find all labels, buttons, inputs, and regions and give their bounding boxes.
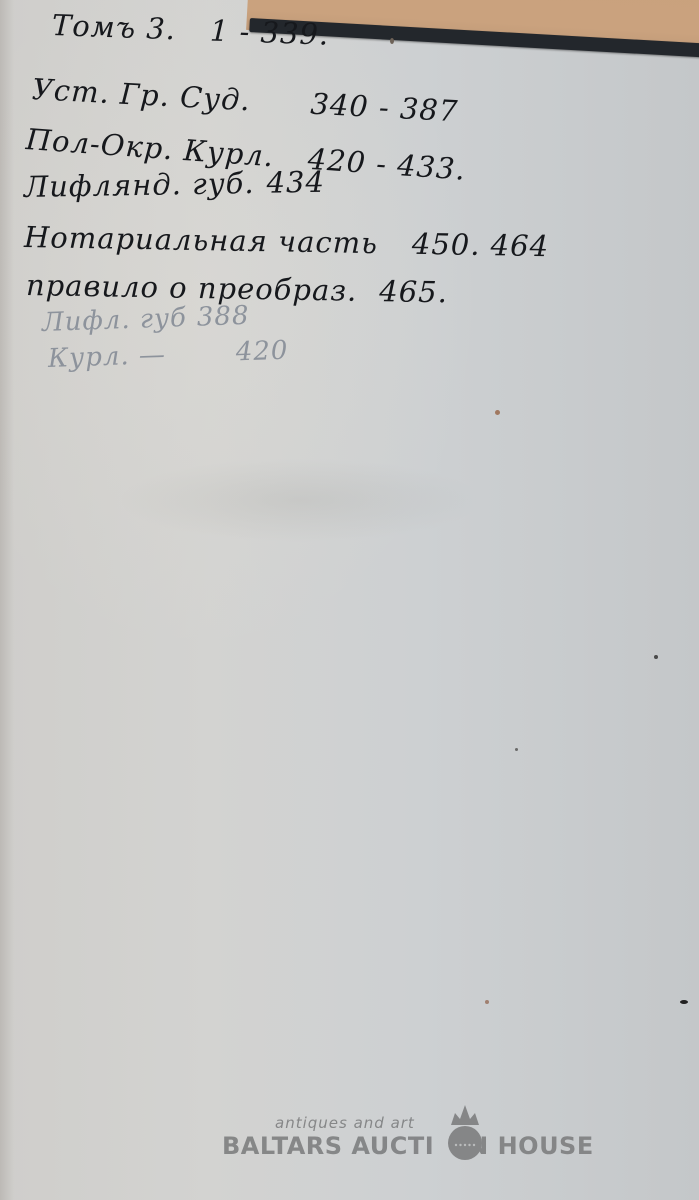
- paper-speck: [390, 38, 394, 44]
- ink-note-2: Уст. Гр. Суд.340 - 387: [31, 72, 459, 128]
- note-pages: 450. 464: [412, 227, 550, 263]
- note-text: Лифлянд. губ.: [24, 166, 255, 204]
- crown-ball-icon: [447, 1103, 483, 1165]
- paper-speck: [495, 410, 500, 415]
- ink-note-4: Лифлянд. губ.434: [24, 165, 325, 204]
- watermark-name: BALTARS AUCTIN HOUSE: [222, 1132, 594, 1160]
- ink-note-5: Нотариальная часть450. 464: [24, 220, 550, 263]
- note-text: Курл. —: [47, 340, 166, 374]
- pencil-note-1: Лифл. губ388: [41, 301, 250, 338]
- paper-speck: [515, 748, 518, 751]
- note-pages: 420 - 433.: [307, 142, 467, 187]
- note-text: Томъ 3.: [51, 8, 176, 46]
- note-pages: 340 - 387: [310, 87, 460, 129]
- paper-speck: [680, 1000, 688, 1004]
- note-pages: 388: [196, 301, 250, 333]
- note-text: Уст. Гр. Суд.: [31, 72, 251, 117]
- paper-speck: [485, 1000, 489, 1004]
- note-pages: 434: [266, 165, 325, 200]
- watermark-tagline: antiques and art: [275, 1114, 415, 1132]
- note-pages: 465.: [379, 274, 448, 309]
- endpaper: Томъ 3.1 - 339. Уст. Гр. Суд.340 - 387 П…: [0, 0, 699, 1200]
- page-shadow: [0, 0, 14, 1200]
- note-text: Лифл. губ: [41, 303, 187, 338]
- note-pages: 420: [235, 336, 289, 368]
- paper-speck: [654, 655, 658, 659]
- note-pages: 1 - 339.: [209, 14, 329, 52]
- pencil-note-2: Курл. —420: [47, 336, 288, 374]
- note-text: Нотариальная часть: [24, 220, 379, 260]
- auction-house-watermark: antiques and art BALTARS AUCTIN HOUSE: [222, 1108, 622, 1168]
